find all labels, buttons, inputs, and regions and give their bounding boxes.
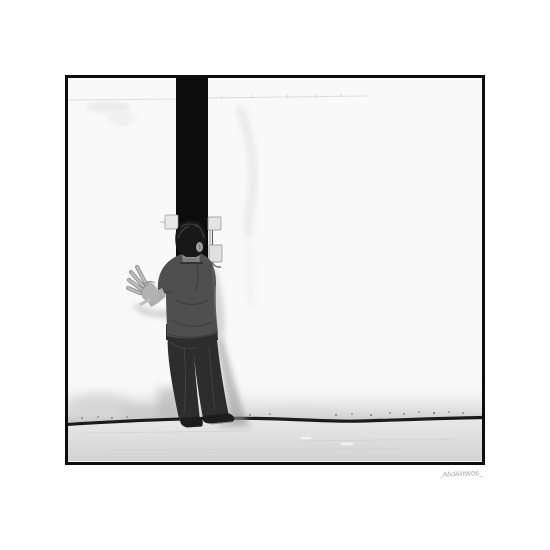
wall-smudge-topleft-2 xyxy=(109,110,135,126)
ear xyxy=(196,242,203,252)
left-shoe xyxy=(180,417,203,428)
boy-head xyxy=(175,221,206,257)
framed-photograph xyxy=(0,0,550,550)
hinge-right-bottom xyxy=(209,245,222,262)
hinge-left xyxy=(165,215,178,229)
photo-content xyxy=(65,77,484,463)
hinge-right-top xyxy=(208,217,221,230)
photographer-signature: _AbdAlItW06_ xyxy=(425,469,497,485)
photo-page: _AbdAlItW06_ xyxy=(0,0,550,550)
